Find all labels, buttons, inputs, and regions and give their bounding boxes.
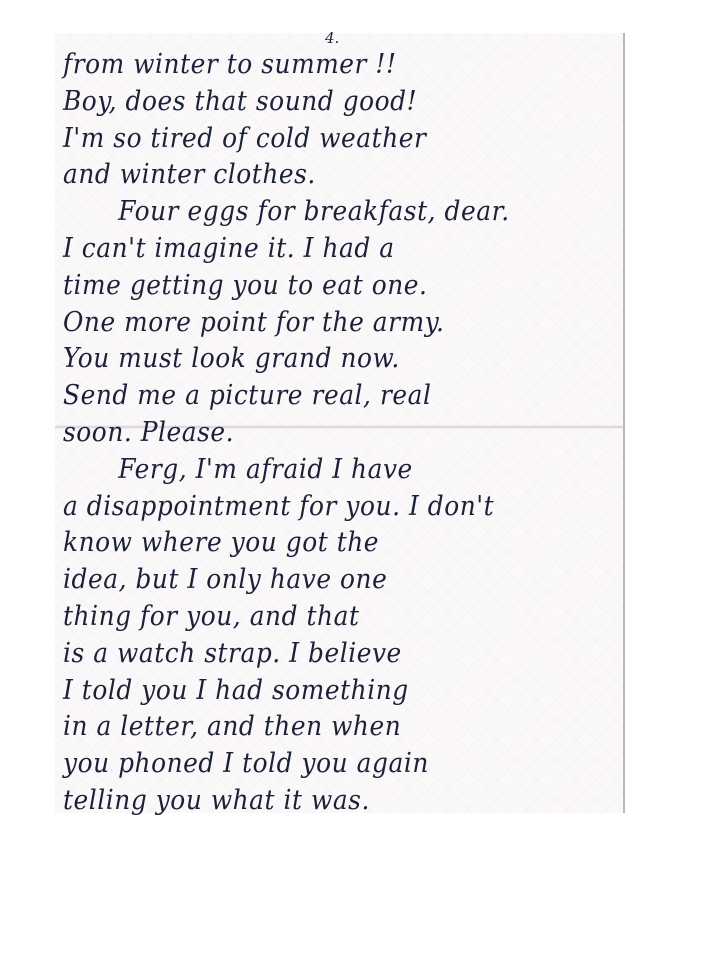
handwritten-line: and winter clothes. bbox=[63, 157, 571, 194]
handwritten-line: I'm so tired of cold weather bbox=[63, 121, 571, 158]
handwritten-line: I told you I had something bbox=[63, 673, 571, 710]
handwritten-line: You must look grand now. bbox=[63, 341, 571, 378]
handwritten-line: you phoned I told you again bbox=[63, 746, 571, 783]
handwritten-line: from winter to summer !! bbox=[63, 47, 571, 84]
handwritten-line: I can't imagine it. I had a bbox=[63, 231, 571, 268]
handwritten-line: One more point for the army. bbox=[63, 305, 571, 342]
letter-page: 4. from winter to summer !!Boy, does tha… bbox=[55, 33, 625, 813]
handwritten-text-body: from winter to summer !!Boy, does that s… bbox=[63, 47, 615, 820]
handwritten-line: Send me a picture real, real bbox=[63, 378, 571, 415]
handwritten-line: a disappointment for you. I don't bbox=[63, 489, 571, 526]
handwritten-line: telling you what it was. bbox=[63, 783, 571, 820]
handwritten-line: Four eggs for breakfast, dear. bbox=[63, 194, 571, 231]
handwritten-line: Ferg, I'm afraid I have bbox=[63, 452, 571, 489]
handwritten-line: know where you got the bbox=[63, 525, 571, 562]
handwritten-line: thing for you, and that bbox=[63, 599, 571, 636]
handwritten-line: Boy, does that sound good! bbox=[63, 84, 571, 121]
page-number: 4. bbox=[325, 29, 339, 47]
handwritten-line: idea, but I only have one bbox=[63, 562, 571, 599]
handwritten-line: time getting you to eat one. bbox=[63, 268, 571, 305]
handwritten-line: in a letter, and then when bbox=[63, 709, 571, 746]
handwritten-line: is a watch strap. I believe bbox=[63, 636, 571, 673]
handwritten-line: soon. Please. bbox=[63, 415, 571, 452]
